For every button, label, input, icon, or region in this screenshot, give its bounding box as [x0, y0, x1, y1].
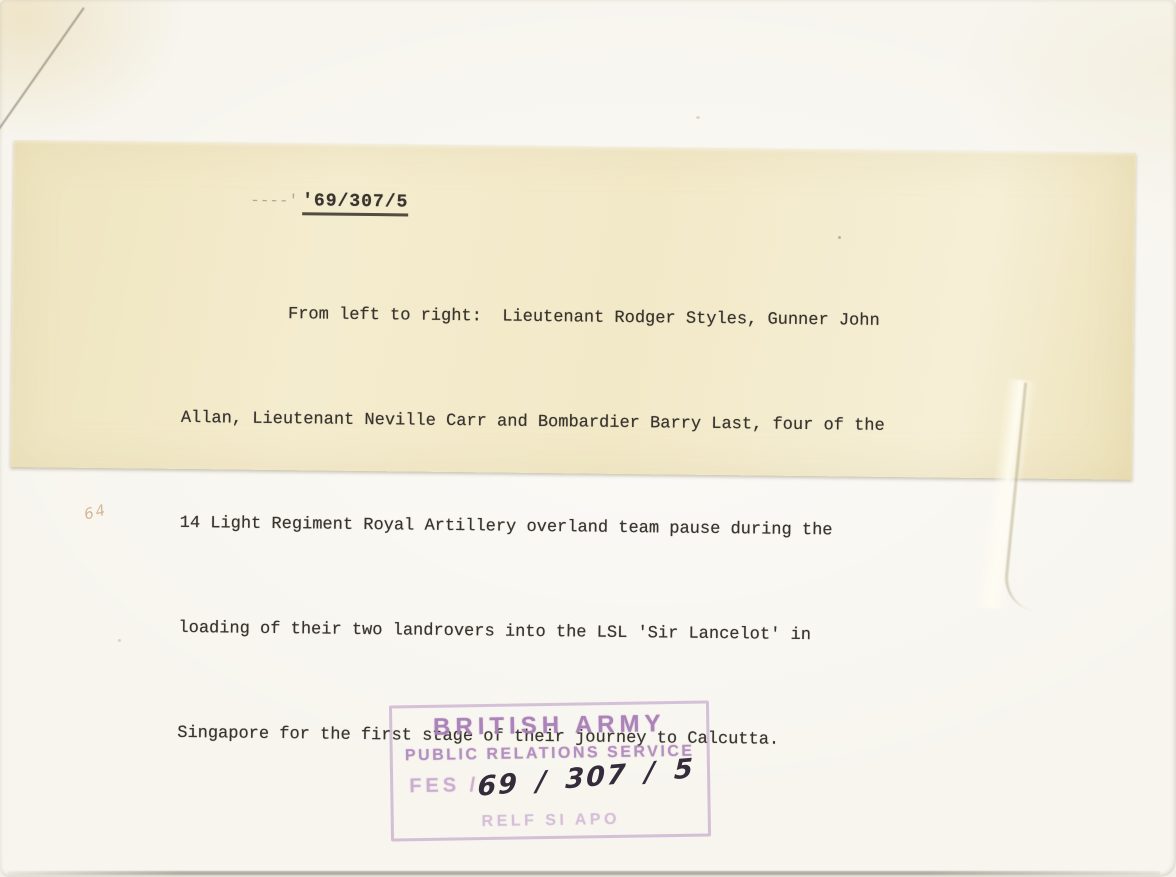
paper-speck [696, 116, 700, 119]
reference-line: ----''69/307/5 [179, 170, 409, 233]
rubber-stamp: BRITISH ARMY PUBLIC RELATIONS SERVICE FE… [389, 700, 711, 841]
scan-edge-line [0, 7, 85, 131]
caption-line: From left to right: Lieutenant Rodger St… [182, 296, 886, 339]
photo-back: ----''69/307/5 From left to right: Lieut… [0, 0, 1176, 877]
pencil-annotation: 64 [82, 500, 109, 523]
reference-number: '69/307/5 [302, 191, 408, 216]
photo-bottom-edge-shadow [8, 871, 1160, 875]
stamp-org-name: BRITISH ARMY [433, 711, 666, 743]
caption-line: Allan, Lieutenant Neville Carr and Bomba… [181, 401, 885, 444]
stamp-location-line: RELF SI APO [481, 810, 620, 830]
reference-faded-prefix: ----' [250, 192, 298, 211]
paper-speck [465, 626, 469, 630]
caption-line: 14 Light Regiment Royal Artillery overla… [179, 506, 883, 549]
caption-line: loading of their two landrovers into the… [178, 611, 882, 654]
paper-speck [838, 236, 841, 239]
paper-speck [118, 639, 121, 642]
stamp-printed-prefix: FES / [409, 774, 479, 798]
stamp-reference-row: FES / 69 / 307 / 5 [399, 765, 702, 810]
caption-label-paper: ----''69/307/5 From left to right: Lieut… [10, 140, 1136, 480]
